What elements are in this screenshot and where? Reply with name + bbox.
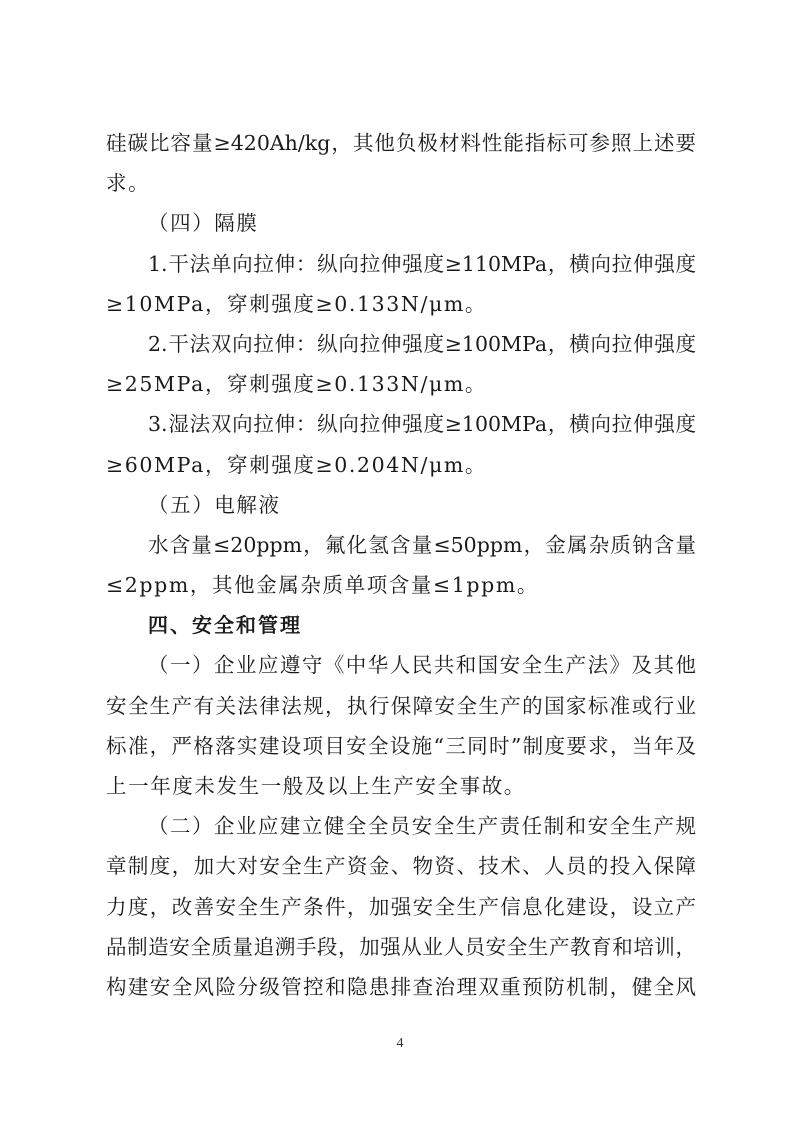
document-page: 硅碳比容量≥420Ah/kg，其他负极材料性能指标可参照上述要 求。 （四）隔膜… bbox=[0, 0, 800, 1130]
separator-item-3: 3.湿法双向拉伸：纵向拉伸强度≥100MPa，横向拉伸强度 bbox=[106, 404, 696, 444]
safety-paragraph-2-line-1: （二）企业应建立健全全员安全生产责任制和安全生产规 bbox=[106, 806, 696, 846]
separator-item-2: 2.干法双向拉伸：纵向拉伸强度≥100MPa，横向拉伸强度 bbox=[106, 324, 696, 364]
subheading-separator: （四）隔膜 bbox=[106, 203, 696, 243]
safety-paragraph-2-line-3: 力度，改善安全生产条件，加强安全生产信息化建设，设立产 bbox=[106, 887, 696, 927]
paragraph-line-anode-capacity: 硅碳比容量≥420Ah/kg，其他负极材料性能指标可参照上述要 bbox=[106, 123, 696, 163]
separator-item-1: 1.干法单向拉伸：纵向拉伸强度≥110MPa，横向拉伸强度 bbox=[106, 244, 696, 284]
safety-paragraph-2-line-5: 构建安全风险分级管控和隐患排查治理双重预防机制，健全风 bbox=[106, 967, 696, 1007]
separator-item-2-cont: ≥25MPa，穿刺强度≥0.133N/μm。 bbox=[106, 364, 696, 404]
electrolyte-spec: 水含量≤20ppm，氟化氢含量≤50ppm，金属杂质钠含量 bbox=[106, 525, 696, 565]
safety-paragraph-1-line-3: 标准，严格落实建设项目安全设施“三同时”制度要求，当年及 bbox=[106, 726, 696, 766]
paragraph-line-anode-capacity-end: 求。 bbox=[106, 163, 696, 203]
subheading-electrolyte: （五）电解液 bbox=[106, 485, 696, 525]
page-number: 4 bbox=[0, 1036, 800, 1052]
page-body: 硅碳比容量≥420Ah/kg，其他负极材料性能指标可参照上述要 求。 （四）隔膜… bbox=[106, 123, 696, 1007]
electrolyte-spec-cont: ≤2ppm，其他金属杂质单项含量≤1ppm。 bbox=[106, 565, 696, 605]
section-heading-safety-management: 四、安全和管理 bbox=[106, 605, 696, 645]
safety-paragraph-1-line-2: 安全生产有关法律法规，执行保障安全生产的国家标准或行业 bbox=[106, 686, 696, 726]
safety-paragraph-2-line-2: 章制度，加大对安全生产资金、物资、技术、人员的投入保障 bbox=[106, 846, 696, 886]
safety-paragraph-1-line-1: （一）企业应遵守《中华人民共和国安全生产法》及其他 bbox=[106, 645, 696, 685]
safety-paragraph-2-line-4: 品制造安全质量追溯手段，加强从业人员安全生产教育和培训， bbox=[106, 927, 696, 967]
safety-paragraph-1-line-4: 上一年度未发生一般及以上生产安全事故。 bbox=[106, 766, 696, 806]
separator-item-3-cont: ≥60MPa，穿刺强度≥0.204N/μm。 bbox=[106, 445, 696, 485]
separator-item-1-cont: ≥10MPa，穿刺强度≥0.133N/μm。 bbox=[106, 284, 696, 324]
